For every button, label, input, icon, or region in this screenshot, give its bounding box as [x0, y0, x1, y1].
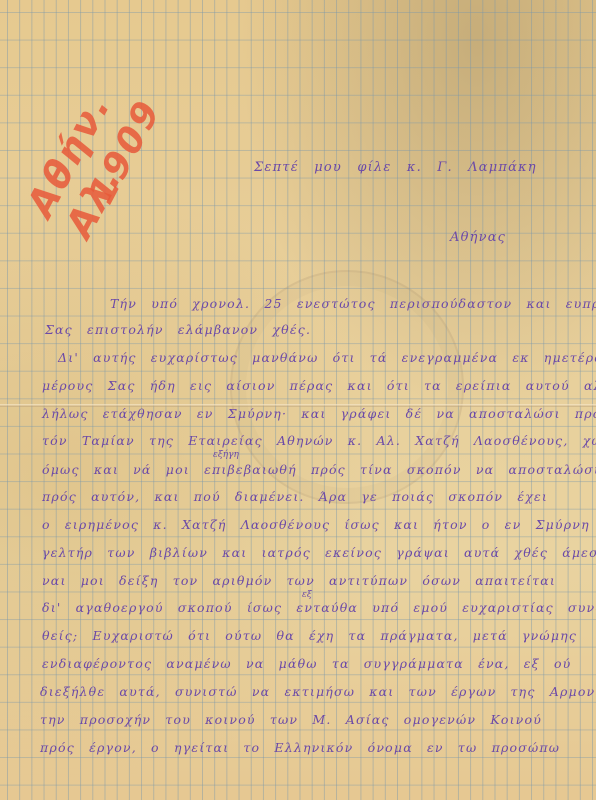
place-name: Αθήνας	[450, 230, 506, 245]
body-line-17: πρός έργον, ο ηγείται το Ελληνικόν όνομα…	[40, 740, 560, 755]
body-line-9: ο ειρημένος κ. Χατζή Λαοσθένους ίσως και…	[42, 517, 596, 532]
body-line-5: λήλως ετάχθησαν εν Σμύρνη· και γράφει δέ…	[42, 406, 596, 421]
body-line-6: τόν Ταμίαν της Εταιρείας Αθηνών κ. Αλ. Χ…	[42, 433, 596, 448]
insertion-above-line-12: εξ	[302, 590, 312, 600]
body-line-7: όμως και νά μοι επιβεβαιωθή πρός τίνα σκ…	[42, 462, 596, 477]
body-line-2: Σας επιστολήν ελάμβανον χθές.	[45, 322, 311, 337]
body-line-4: μέρους Σας ήδη εις αίσιον πέρας και ότι …	[42, 378, 596, 393]
body-line-10: γελτήρ των βιβλίων και ιατρός εκείνος γρ…	[42, 545, 596, 560]
annotation-line-1: Αθήν. Αλ.	[18, 44, 180, 244]
body-line-12: δι' αγαθοεργού σκοπού ίσως ενταύθα υπό ε…	[42, 600, 596, 615]
body-line-13: θείς; Ευχαριστώ ότι ούτω θα έχη τα πράγμ…	[42, 628, 577, 643]
body-line-14: ενδιαφέροντος αναμένω να μάθω τα συγγράμ…	[42, 656, 571, 671]
salutation: Σεπτέ μου φίλε κ. Γ. Λαμπάκη	[254, 160, 537, 175]
red-crayon-annotation: Αθήν. Αλ. 1909	[0, 26, 217, 265]
body-line-1: Τήν υπό χρονολ. 25 ενεστώτος περισπούδασ…	[110, 296, 596, 311]
body-line-11: ναι μοι δείξη τον αριθμόν των αντιτύπων …	[42, 573, 556, 588]
letter-page: Αθήν. Αλ. 1909 Σεπτέ μου φίλε κ. Γ. Λαμπ…	[0, 0, 596, 800]
body-line-15: διεξήλθε αυτά, συνιστώ να εκτιμήσω και τ…	[40, 684, 596, 699]
body-line-8: πρός αυτόν, και πού διαμένει. Άρα γε ποι…	[42, 489, 548, 504]
insertion-above-line-7: εξήγη	[213, 450, 239, 460]
body-line-16: την προσοχήν του κοινού των Μ. Ασίας ομο…	[40, 712, 542, 727]
body-line-3: Δι' αυτής ευχαρίστως μανθάνω ότι τά ενεγ…	[58, 350, 596, 365]
